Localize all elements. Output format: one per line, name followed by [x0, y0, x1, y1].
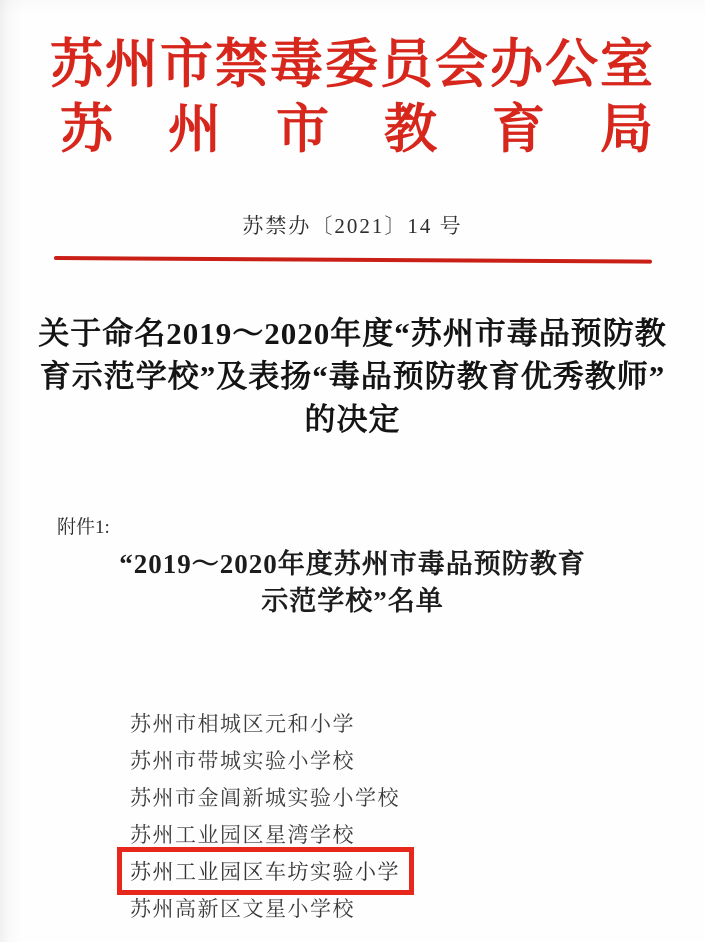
red-letterhead: 苏州市禁毒委员会办公室 苏州市教育局 — [0, 34, 705, 161]
school-name: 苏州市带城实验小学校 — [130, 745, 355, 775]
letterhead-line-1: 苏州市禁毒委员会办公室 — [0, 34, 705, 96]
school-list-item: 苏州市带城实验小学校 — [130, 741, 414, 778]
school-name: 苏州工业园区星湾学校 — [130, 819, 355, 849]
attachment-title-line-1: “2019～2020年度苏州市毒品预防教育 — [40, 546, 665, 583]
highlighted-school-name: 苏州工业园区车坊实验小学 — [117, 847, 414, 895]
school-list: 苏州市相城区元和小学 苏州市带城实验小学校 苏州市金阊新城实验小学校 苏州工业园… — [130, 704, 414, 926]
document-number: 苏禁办〔2021〕14 号 — [0, 210, 705, 240]
document-title-line-1: 关于命名2019～2020年度“苏州市毒品预防教 — [30, 312, 675, 355]
document-title: 关于命名2019～2020年度“苏州市毒品预防教 育示范学校”及表扬“毒品预防教… — [30, 312, 675, 441]
attachment-label: 附件1: — [57, 512, 110, 539]
school-name: 苏州市金阊新城实验小学校 — [130, 782, 400, 812]
school-list-item: 苏州市金阊新城实验小学校 — [130, 778, 414, 815]
attachment-title-line-2: 示范学校”名单 — [40, 583, 665, 620]
red-divider-rule — [54, 256, 652, 264]
attachment-title: “2019～2020年度苏州市毒品预防教育 示范学校”名单 — [40, 546, 665, 620]
school-name: 苏州市相城区元和小学 — [130, 708, 355, 738]
scanned-document-page: 苏州市禁毒委员会办公室 苏州市教育局 苏禁办〔2021〕14 号 关于命名201… — [0, 0, 705, 942]
school-list-item: 苏州高新区文星小学校 — [130, 889, 414, 926]
document-title-line-2: 育示范学校”及表扬“毒品预防教育优秀教师” — [30, 355, 675, 398]
document-title-line-3: 的决定 — [30, 398, 675, 441]
school-list-item-highlighted: 苏州工业园区车坊实验小学 — [130, 852, 414, 889]
school-name: 苏州高新区文星小学校 — [130, 893, 355, 923]
school-list-item: 苏州市相城区元和小学 — [130, 704, 414, 741]
letterhead-line-2: 苏州市教育局 — [0, 99, 705, 161]
